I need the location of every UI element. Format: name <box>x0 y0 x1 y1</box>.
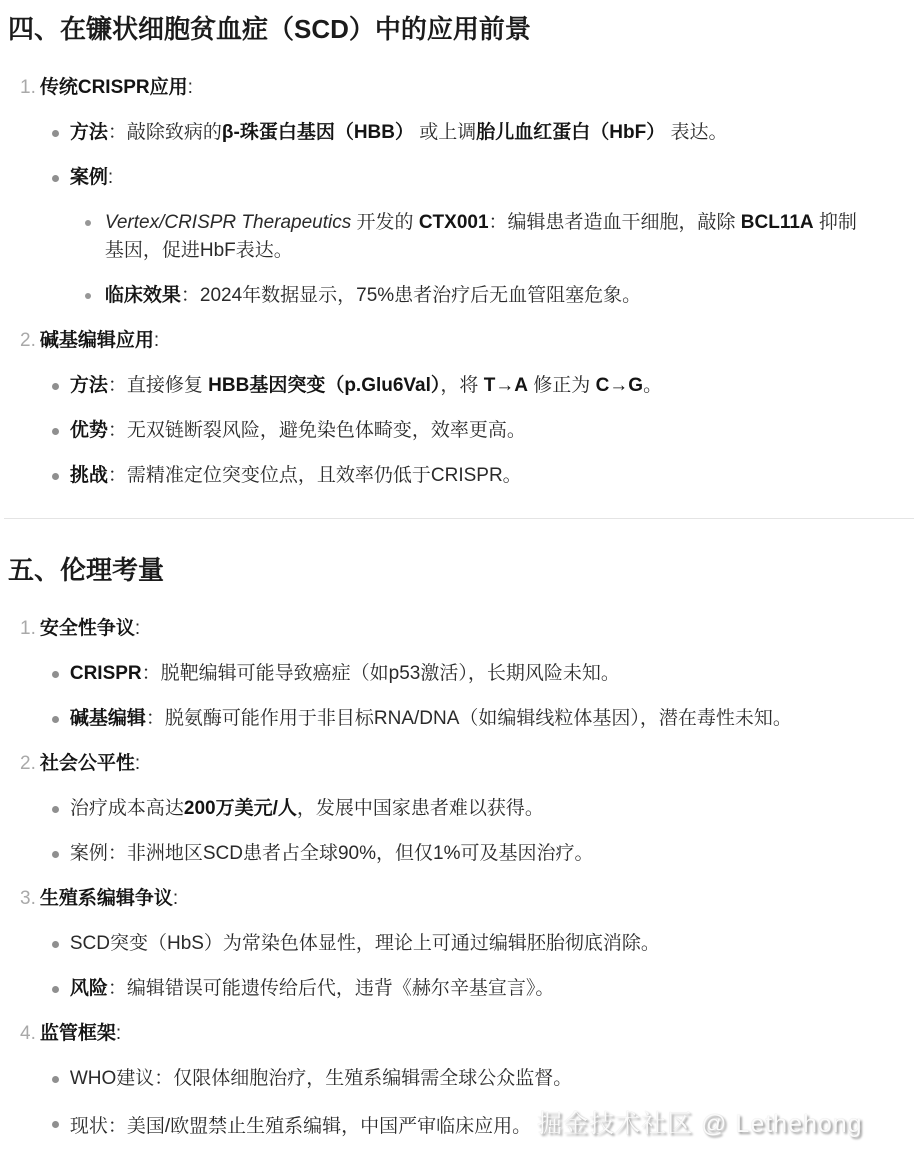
bullet-text: 方法：直接修复 HBB基因突变（p.Glu6Val），将 T→A 修正为 C→G… <box>70 372 910 400</box>
item-title: 碱基编辑应用: <box>40 327 910 355</box>
item-title: 生殖系编辑争议: <box>40 885 910 913</box>
list-number: 1. <box>20 615 36 733</box>
bullet-item: 优势：无双链断裂风险，避免染色体畸变，效率更高。 <box>40 417 910 445</box>
bullet-item: 方法：直接修复 HBB基因突变（p.Glu6Val），将 T→A 修正为 C→G… <box>40 372 910 400</box>
bullet-item: 挑战：需精准定位突变位点，且效率仍低于CRISPR。 <box>40 462 910 490</box>
bullet-list: CRISPR：脱靶编辑可能导致癌症（如p53激活），长期风险未知。 碱基编辑：脱… <box>40 660 910 733</box>
bullet-text: 治疗成本高达200万美元/人，发展中国家患者难以获得。 <box>70 795 910 823</box>
numbered-item: 1. 安全性争议: CRISPR：脱靶编辑可能导致癌症（如p53激活），长期风险… <box>20 615 910 733</box>
document-page: 四、在镰状细胞贫血症（SCD）中的应用前景 1. 传统CRISPR应用: 方法：… <box>0 0 918 1141</box>
bullet-list: SCD突变（HbS）为常染色体显性，理论上可通过编辑胚胎彻底消除。 风险：编辑错… <box>40 930 910 1003</box>
list-number: 1. <box>20 74 36 310</box>
bullet-list: 治疗成本高达200万美元/人，发展中国家患者难以获得。 案例：非洲地区SCD患者… <box>40 795 910 868</box>
item-title: 安全性争议: <box>40 615 910 643</box>
bullet-text: 方法：敲除致病的β-珠蛋白基因（HBB） 或上调胎儿血红蛋白（HbF） 表达。 <box>70 119 910 147</box>
bullet-text: 案例：非洲地区SCD患者占全球90%，但仅1%可及基因治疗。 <box>70 840 910 868</box>
bullet-text: 案例: <box>70 164 910 192</box>
section-heading-5: 五、伦理考量 <box>8 553 910 587</box>
bullet-item: CRISPR：脱靶编辑可能导致癌症（如p53激活），长期风险未知。 <box>40 660 910 688</box>
bullet-item: 风险：编辑错误可能遗传给后代，违背《赫尔辛基宣言》。 <box>40 975 910 1003</box>
item-title: 社会公平性: <box>40 750 910 778</box>
bullet-item: 案例: Vertex/CRISPR Therapeutics 开发的 CTX00… <box>40 164 910 310</box>
bullet-item: Vertex/CRISPR Therapeutics 开发的 CTX001：编辑… <box>70 209 910 265</box>
bullet-item: SCD突变（HbS）为常染色体显性，理论上可通过编辑胚胎彻底消除。 <box>40 930 910 958</box>
item-title: 监管框架: <box>40 1020 910 1048</box>
bullet-text: CRISPR：脱靶编辑可能导致癌症（如p53激活），长期风险未知。 <box>70 660 910 688</box>
bullet-text: 优势：无双链断裂风险，避免染色体畸变，效率更高。 <box>70 417 910 445</box>
section-heading-4: 四、在镰状细胞贫血症（SCD）中的应用前景 <box>8 12 910 46</box>
bullet-item: 现状：美国/欧盟禁止生殖系编辑，中国严审临床应用。掘金技术社区 @ Letheh… <box>40 1110 910 1141</box>
bullet-item: WHO建议：仅限体细胞治疗，生殖系编辑需全球公众监督。 <box>40 1065 910 1093</box>
bullet-list: WHO建议：仅限体细胞治疗，生殖系编辑需全球公众监督。 现状：美国/欧盟禁止生殖… <box>40 1065 910 1141</box>
bullet-text: 现状：美国/欧盟禁止生殖系编辑，中国严审临床应用。掘金技术社区 @ Letheh… <box>70 1110 910 1141</box>
item-title: 传统CRISPR应用: <box>40 74 910 102</box>
bullet-text: Vertex/CRISPR Therapeutics 开发的 CTX001：编辑… <box>105 209 910 265</box>
numbered-item: 1. 传统CRISPR应用: 方法：敲除致病的β-珠蛋白基因（HBB） 或上调胎… <box>20 74 910 310</box>
bullet-text: SCD突变（HbS）为常染色体显性，理论上可通过编辑胚胎彻底消除。 <box>70 930 910 958</box>
bullet-text: WHO建议：仅限体细胞治疗，生殖系编辑需全球公众监督。 <box>70 1065 910 1093</box>
bullet-list: 方法：直接修复 HBB基因突变（p.Glu6Val），将 T→A 修正为 C→G… <box>40 372 910 490</box>
numbered-item: 2. 社会公平性: 治疗成本高达200万美元/人，发展中国家患者难以获得。 案例… <box>20 750 910 868</box>
bullet-item: 临床效果：2024年数据显示，75%患者治疗后无血管阻塞危象。 <box>70 282 910 310</box>
nested-bullet-list: Vertex/CRISPR Therapeutics 开发的 CTX001：编辑… <box>70 209 910 310</box>
bullet-item: 方法：敲除致病的β-珠蛋白基因（HBB） 或上调胎儿血红蛋白（HbF） 表达。 <box>40 119 910 147</box>
bullet-item: 案例：非洲地区SCD患者占全球90%，但仅1%可及基因治疗。 <box>40 840 910 868</box>
bullet-text: 风险：编辑错误可能遗传给后代，违背《赫尔辛基宣言》。 <box>70 975 910 1003</box>
watermark: 掘金技术社区 @ Lethehong <box>537 1110 862 1138</box>
numbered-item: 4. 监管框架: WHO建议：仅限体细胞治疗，生殖系编辑需全球公众监督。 现状：… <box>20 1020 910 1141</box>
bullet-text: 碱基编辑：脱氨酶可能作用于非目标RNA/DNA（如编辑线粒体基因），潜在毒性未知… <box>70 705 910 733</box>
numbered-item: 3. 生殖系编辑争议: SCD突变（HbS）为常染色体显性，理论上可通过编辑胚胎… <box>20 885 910 1003</box>
list-number: 2. <box>20 750 36 868</box>
numbered-list-section-5: 1. 安全性争议: CRISPR：脱靶编辑可能导致癌症（如p53激活），长期风险… <box>8 615 910 1141</box>
bullet-item: 治疗成本高达200万美元/人，发展中国家患者难以获得。 <box>40 795 910 823</box>
bullet-text: 挑战：需精准定位突变位点，且效率仍低于CRISPR。 <box>70 462 910 490</box>
numbered-item: 2. 碱基编辑应用: 方法：直接修复 HBB基因突变（p.Glu6Val），将 … <box>20 327 910 490</box>
bullet-list: 方法：敲除致病的β-珠蛋白基因（HBB） 或上调胎儿血红蛋白（HbF） 表达。 … <box>40 119 910 310</box>
section-divider <box>4 518 914 519</box>
list-number: 4. <box>20 1020 36 1141</box>
bullet-text-runs: 现状：美国/欧盟禁止生殖系编辑，中国严审临床应用。 <box>70 1116 531 1137</box>
list-number: 2. <box>20 327 36 490</box>
numbered-list-section-4: 1. 传统CRISPR应用: 方法：敲除致病的β-珠蛋白基因（HBB） 或上调胎… <box>8 74 910 490</box>
bullet-text: 临床效果：2024年数据显示，75%患者治疗后无血管阻塞危象。 <box>105 282 910 310</box>
bullet-item: 碱基编辑：脱氨酶可能作用于非目标RNA/DNA（如编辑线粒体基因），潜在毒性未知… <box>40 705 910 733</box>
list-number: 3. <box>20 885 36 1003</box>
